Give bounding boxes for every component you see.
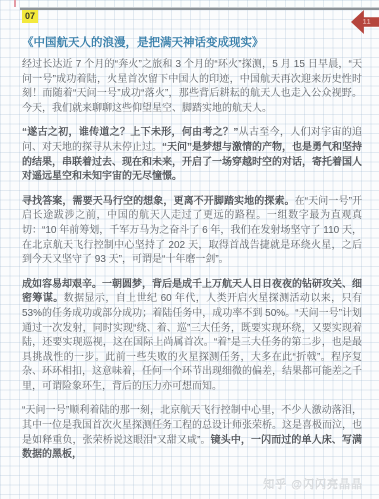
text-segment: 数据显示，自上世纪 60 年代，人类开启火星探测活动以来，只有 53%的任务成功… xyxy=(22,293,362,392)
article-body: 经过长达近 7 个月的“奔火”之旅和 3 个月的“环火”探测，5 月 15 日早… xyxy=(22,58,362,473)
paragraph: 成如容易却艰辛。一朝圆梦，背后是成千上万航天人日日夜夜的钻研攻关、细密筹谋。数据… xyxy=(22,278,362,395)
notes-page: 07 11 《中国航天人的浪漫，是把满天神话变成现实》 经过长达近 7 个月的“… xyxy=(0,0,379,499)
text-segment: “遂古之初，谁传道之？上下未形，何由考之？” xyxy=(22,127,238,138)
left-arrow-icon: 11 xyxy=(363,19,371,26)
page-turn-arrow[interactable]: 11 xyxy=(351,10,379,34)
watermark: 知乎 @闪闪亮晶晶 xyxy=(263,476,363,492)
article-title: 《中国航天人的浪漫，是把满天神话变成现实》 xyxy=(22,36,363,50)
paragraph: “天问一号”顺利着陆的那一刻，北京航天飞行控制中心里，不少人激动落泪，其中一位是… xyxy=(22,404,362,462)
page-number-badge: 07 xyxy=(22,10,38,23)
text-segment: 寻找答案，需要天马行空的想象，更离不开脚踏实地的探索。 xyxy=(22,196,295,207)
paragraph: “遂古之初，谁传道之？上下未形，何由考之？”从古至今，人们对宇宙的追问、对天地的… xyxy=(22,126,362,184)
text-segment: 经过长达近 7 个月的“奔火”之旅和 3 个月的“环火”探测，5 月 15 日早… xyxy=(22,59,362,114)
paragraph: 经过长达近 7 个月的“奔火”之旅和 3 个月的“环火”探测，5 月 15 日早… xyxy=(22,58,362,116)
pink-margin-tick xyxy=(14,0,16,7)
paragraph: 寻找答案，需要天马行空的想象，更离不开脚踏实地的探索。在“天问一号”开启长途跋涉… xyxy=(22,195,362,268)
top-divider xyxy=(20,7,379,10)
